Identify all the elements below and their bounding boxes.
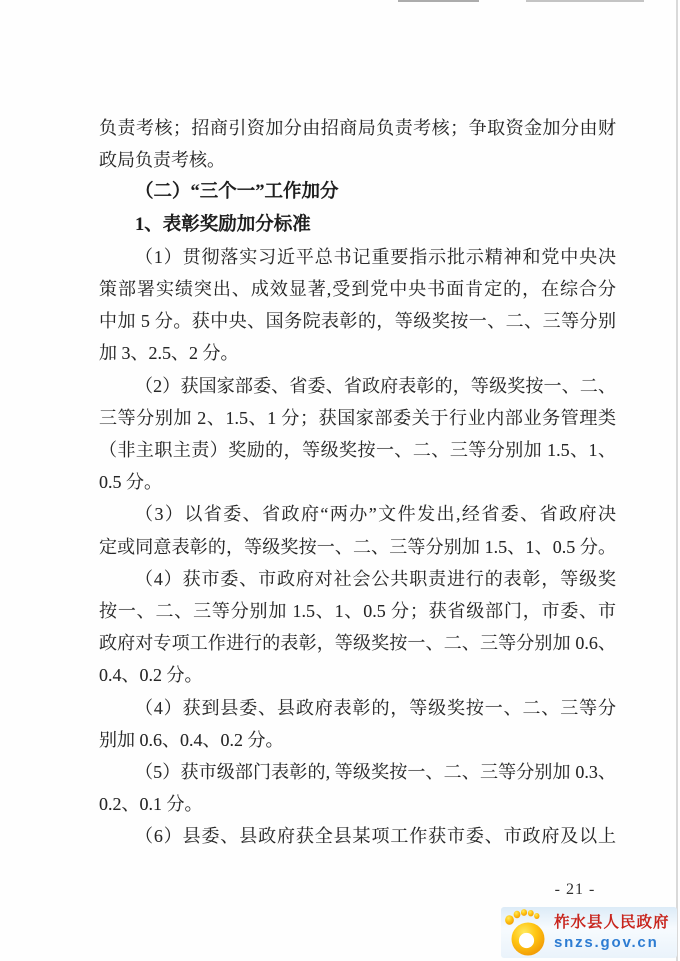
page-number: - 21 - [547, 881, 603, 899]
logo-text: 柞水县人民政府 snzs.gov.cn [554, 913, 670, 952]
paragraph: （3）以省委、省政府“两办”文件发出,经省委、省政府决定或同意表彰的，等级奖按一… [99, 498, 616, 562]
section-heading: （二）“三个一”工作加分 [99, 176, 616, 208]
text-line: （3）以省委、省政府“两办”文件发出,经省委、省政府决 [99, 498, 616, 530]
text-line: 0.2、0.1 分。 [99, 788, 616, 820]
text-line: 0.5 分。 [99, 466, 616, 498]
text-line: 1、表彰奖励加分标准 [99, 209, 616, 241]
paragraph: 负责考核；招商引资加分由招商局负责考核；争取资金加分由财政局负责考核。 [99, 112, 616, 176]
paragraph: （5）获市级部门表彰的, 等级奖按一、二、三等分别加 0.3、0.2、0.1 分… [99, 756, 616, 820]
text-line: 加 3、2.5、2 分。 [99, 337, 616, 369]
text-line: （1）贯彻落实习近平总书记重要指示批示精神和党中央决 [99, 241, 616, 273]
paragraph: （2）获国家部委、省委、省政府表彰的，等级奖按一、二、三等分别加 2、1.5、1… [99, 370, 616, 499]
text-line: 政府对专项工作进行的表彰，等级奖按一、二、三等分别加 0.6、 [99, 627, 616, 659]
text-line: 0.4、0.2 分。 [99, 659, 616, 691]
text-line: 策部署实绩突出、成效显著,受到党中央书面肯定的，在综合分 [99, 273, 616, 305]
text-line: （2）获国家部委、省委、省政府表彰的，等级奖按一、二、 [99, 370, 616, 402]
text-line: 按一、二、三等分别加 1.5、1、0.5 分；获省级部门，市委、市 [99, 595, 616, 627]
paragraph: （4）获到县委、县政府表彰的，等级奖按一、二、三等分别加 0.6、0.4、0.2… [99, 692, 616, 756]
paragraph: （4）获市委、市政府对社会公共职责进行的表彰，等级奖按一、二、三等分别加 1.5… [99, 563, 616, 692]
text-line: 负责考核；招商引资加分由招商局负责考核；争取资金加分由财 [99, 112, 616, 144]
text-line: 别加 0.6、0.4、0.2 分。 [99, 724, 616, 756]
paragraph: （1）贯彻落实习近平总书记重要指示批示精神和党中央决策部署实绩突出、成效显著,受… [99, 241, 616, 370]
document-page: 负责考核；招商引资加分由招商局负责考核；争取资金加分由财政局负责考核。（二）“三… [0, 0, 680, 961]
footprint-icon [503, 909, 549, 957]
text-line: （非主职主责）奖励的，等级奖按一、二、三等分别加 1.5、1、 [99, 434, 616, 466]
text-line: 中加 5 分。获中央、国务院表彰的，等级奖按一、二、三等分别 [99, 305, 616, 337]
page-edge-shadow [676, 0, 678, 961]
text-line: 三等分别加 2、1.5、1 分；获国家部委关于行业内部业务管理类 [99, 402, 616, 434]
paragraph: （6）县委、县政府获全县某项工作获市委、市政府及以上 [99, 820, 616, 852]
section-heading: 1、表彰奖励加分标准 [99, 209, 616, 241]
text-line: （4）获市委、市政府对社会公共职责进行的表彰，等级奖 [99, 563, 616, 595]
text-line: （6）县委、县政府获全县某项工作获市委、市政府及以上 [99, 820, 616, 852]
text-line: 定或同意表彰的，等级奖按一、二、三等分别加 1.5、1、0.5 分。 [99, 531, 616, 563]
site-logo: 柞水县人民政府 snzs.gov.cn [501, 907, 677, 958]
gov-name: 柞水县人民政府 [554, 913, 670, 933]
gov-url: snzs.gov.cn [554, 933, 670, 952]
document-body: 负责考核；招商引资加分由招商局负责考核；争取资金加分由财政局负责考核。（二）“三… [99, 112, 616, 853]
text-line: （5）获市级部门表彰的, 等级奖按一、二、三等分别加 0.3、 [99, 756, 616, 788]
text-line: （4）获到县委、县政府表彰的，等级奖按一、二、三等分 [99, 692, 616, 724]
scan-smudge [398, 0, 644, 2]
text-line: 政局负责考核。 [99, 144, 616, 176]
text-line: （二）“三个一”工作加分 [99, 176, 616, 208]
